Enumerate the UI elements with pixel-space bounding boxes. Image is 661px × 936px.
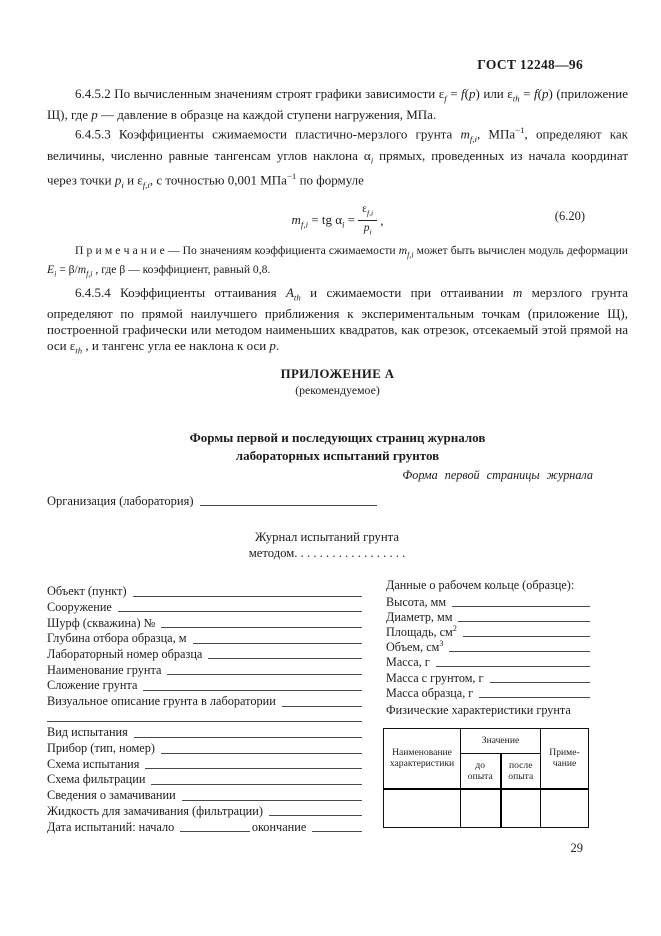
form-field-row: Объем, см3 [386, 639, 592, 654]
journal-title-line2: методом. . . . . . . . . . . . . . . . .… [47, 546, 607, 562]
appendix-sublabel: (рекомендуемое) [47, 383, 628, 398]
appendix-label: ПРИЛОЖЕНИЕ А [47, 367, 628, 382]
field-label: Объем, см3 [386, 637, 443, 654]
field-blank-line [151, 784, 362, 785]
organization-line: Организация (лаборатория) [47, 494, 379, 508]
date-end-blank-line [312, 831, 362, 832]
field-blank-line [134, 737, 362, 738]
note-paragraph: П р и м е ч а н и е — По значениям коэфф… [47, 244, 628, 281]
field-blank-line [193, 643, 362, 644]
form-field-row: Глубина отбора образца, м [47, 630, 364, 646]
appendix-title: Формы первой и последующих страниц журна… [47, 429, 628, 465]
field-blank-line [449, 651, 590, 652]
table-empty-row [384, 789, 589, 828]
organization-label: Организация (лаборатория) [47, 494, 194, 508]
field-label: Наименование грунта [47, 664, 161, 678]
field-label: Прибор (тип, номер) [47, 742, 155, 756]
field-label: Глубина отбора образца, м [47, 632, 187, 646]
table-cell [384, 789, 461, 828]
field-blank-line [167, 674, 362, 675]
field-label: Масса с грунтом, г [386, 672, 484, 685]
field-blank-line [208, 658, 362, 659]
journal-title-line1: Журнал испытаний грунта [47, 530, 607, 546]
form-field-row: Прибор (тип, номер) [47, 740, 364, 756]
appendix-title-line1: Формы первой и последующих страниц журна… [47, 429, 628, 447]
field-label: Сложение грунта [47, 679, 137, 693]
field-label: Схема испытания [47, 758, 139, 772]
table-header-note: Приме-чание [541, 728, 589, 789]
field-label: Объект (пункт) [47, 585, 127, 599]
formula-tail: , [380, 213, 383, 229]
form-field-row: Наименование грунта [47, 661, 364, 677]
form-field-row: Высота, мм [386, 594, 592, 609]
field-label: Вид испытания [47, 726, 128, 740]
form-field-row: Сведения о замачивании [47, 787, 364, 803]
field-label: Высота, мм [386, 596, 446, 609]
field-blank-line [143, 690, 362, 691]
field-label: Сведения о замачивании [47, 789, 176, 803]
field-label: Шурф (скважина) № [47, 617, 155, 631]
field-blank-line [436, 666, 590, 667]
form-field-row: Масса образца, г [386, 685, 592, 700]
paragraph-6-4-5-2: 6.4.5.2 По вычисленным значениям строят … [47, 86, 628, 123]
field-label: Жидкость для замачивания (фильтрации) [47, 805, 263, 819]
form-field-row: Объект (пункт) [47, 583, 364, 599]
field-blank-line [47, 721, 362, 722]
field-blank-line [452, 606, 590, 607]
form-left-column: Объект (пункт) Сооружение Шурф (скважина… [47, 578, 364, 834]
field-label: Масса образца, г [386, 687, 473, 700]
form-right-column: Данные о рабочем кольце (образце): Высот… [386, 578, 592, 834]
body-text: 6.4.5.2 По вычисленным значениям строят … [47, 86, 628, 359]
form-field-row: Шурф (скважина) № [47, 614, 364, 630]
phys-characteristics-table: Наименование характеристики Значение При… [383, 728, 589, 828]
journal-title: Журнал испытаний грунта методом. . . . .… [47, 530, 607, 561]
form-field-row: Масса с грунтом, г [386, 669, 592, 684]
table-cell [501, 789, 541, 828]
field-blank-line [463, 636, 590, 637]
form-field-row: Сооружение [47, 599, 364, 615]
blank-continuation-line [47, 709, 364, 725]
test-dates-row: Дата испытаний: начало окончание [47, 818, 364, 834]
organization-blank-line [200, 505, 377, 506]
standard-number: ГОСТ 12248—96 [477, 57, 583, 73]
field-label: Визуальное описание грунта в лаборатории [47, 695, 276, 709]
page-number: 29 [571, 841, 584, 856]
field-blank-line [118, 611, 362, 612]
field-label: Схема фильтрации [47, 773, 145, 787]
formula-numerator: εf,i [358, 203, 377, 221]
document-page: ГОСТ 12248—96 6.4.5.2 По вычисленным зна… [0, 0, 661, 936]
table-cell [541, 789, 589, 828]
date-start-blank-line [180, 831, 250, 832]
field-blank-line [458, 621, 590, 622]
form-field-row: Сложение грунта [47, 677, 364, 693]
formula-6-20: mf,i = tg αi = εf,i pi , (6.20) [47, 201, 628, 239]
field-blank-line [479, 697, 590, 698]
table-header-before: до опыта [461, 753, 501, 789]
field-blank-line [182, 800, 362, 801]
field-blank-line [282, 706, 362, 707]
ring-data-heading: Данные о рабочем кольце (образце): [386, 578, 592, 594]
paragraph-6-4-5-4: 6.4.5.4 Коэффициенты оттаивания Ath и сж… [47, 285, 628, 359]
field-blank-line [145, 768, 362, 769]
field-label: Лабораторный номер образца [47, 648, 202, 662]
field-blank-line [490, 682, 590, 683]
formula-number: (6.20) [555, 209, 585, 224]
paragraph-6-4-5-3: 6.4.5.3 Коэффициенты сжимаемости пластич… [47, 123, 628, 194]
formula-fraction: εf,i pi [358, 203, 377, 239]
appendix-heading: ПРИЛОЖЕНИЕ А (рекомендуемое) [47, 367, 628, 398]
field-blank-line [161, 753, 362, 754]
table-header-value: Значение [461, 728, 541, 753]
form-caption: Форма первой страницы журнала [47, 468, 593, 483]
date-end-label: окончание [252, 821, 307, 835]
field-label: Масса, г [386, 656, 430, 669]
formula-denominator: pi [364, 221, 372, 238]
form-field-row: Вид испытания [47, 724, 364, 740]
field-blank-line [133, 596, 362, 597]
phys-characteristics-heading: Физические характеристики грунта [386, 703, 592, 719]
date-start-label: Дата испытаний: начало [47, 821, 174, 835]
field-blank-line [161, 627, 362, 628]
table-header-after: после опыта [501, 753, 541, 789]
field-blank-line [269, 815, 362, 816]
form-field-row: Лабораторный номер образца [47, 646, 364, 662]
form-field-row: Схема испытания [47, 756, 364, 772]
form-area: Объект (пункт) Сооружение Шурф (скважина… [47, 578, 628, 834]
field-label: Сооружение [47, 601, 112, 615]
formula-lhs: mf,i = tg αi = [292, 212, 356, 230]
table-cell [461, 789, 501, 828]
appendix-title-line2: лабораторных испытаний грунтов [47, 447, 628, 465]
form-field-row: Схема фильтрации [47, 771, 364, 787]
table-header-characteristic: Наименование характеристики [384, 728, 461, 789]
form-field-row: Жидкость для замачивания (фильтрации) [47, 803, 364, 819]
form-field-row: Визуальное описание грунта в лаборатории [47, 693, 364, 709]
form-field-row: Масса, г [386, 654, 592, 669]
formula-expression: mf,i = tg αi = εf,i pi , [47, 203, 628, 239]
